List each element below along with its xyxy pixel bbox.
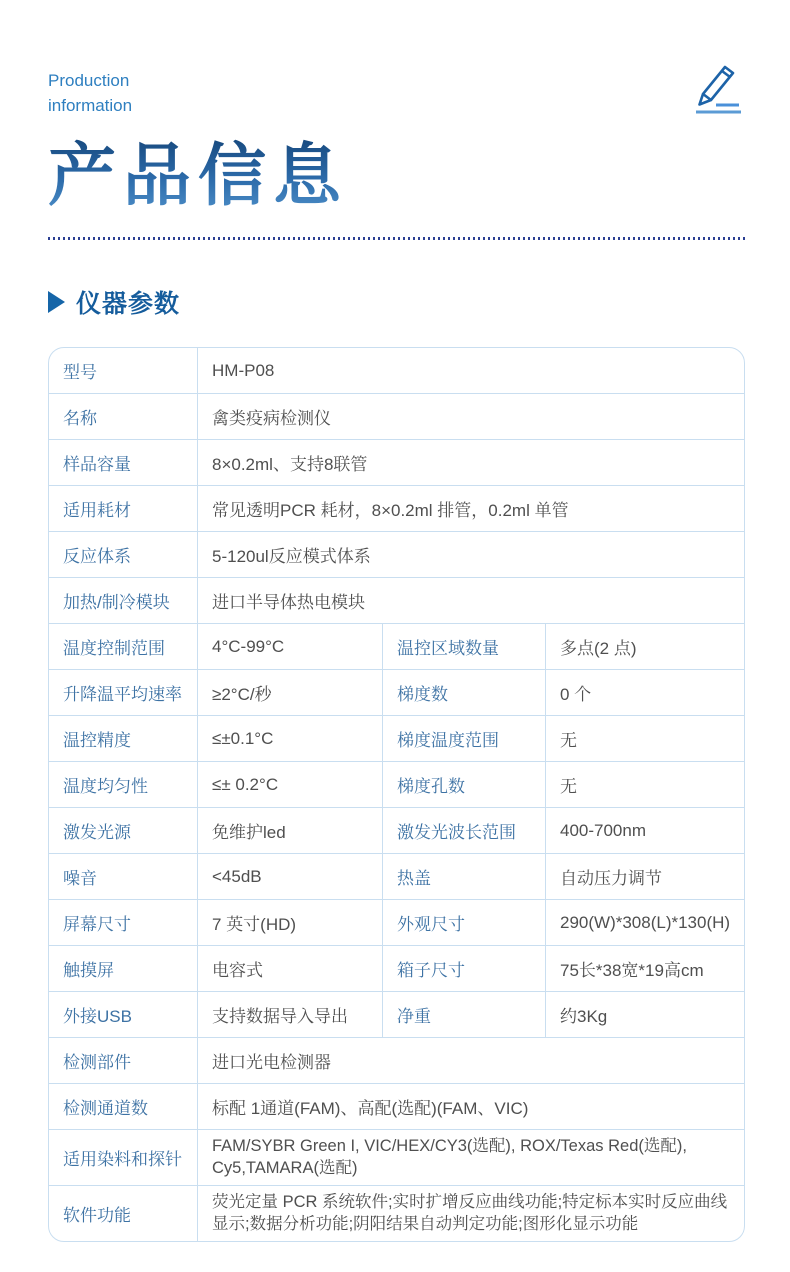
spec-label-cell: 反应体系 <box>49 532 197 577</box>
spec-value-cell: 75长*38宽*19高cm <box>545 946 744 991</box>
table-row: 加热/制冷模块进口半导体热电模块 <box>49 577 744 623</box>
eyebrow-text: Production information <box>48 68 132 118</box>
spec-value-cell: 400-700nm <box>545 808 744 853</box>
spec-label-cell: 检测通道数 <box>49 1084 197 1129</box>
spec-value-cell: 常见透明PCR 耗材，8×0.2ml 排管，0.2ml 单管 <box>197 486 744 531</box>
spec-value-cell: 进口半导体热电模块 <box>197 578 744 623</box>
spec-value-cell: 电容式 <box>197 946 382 991</box>
spec-value-cell: 无 <box>545 716 744 761</box>
table-row: 检测部件进口光电检测器 <box>49 1037 744 1083</box>
table-row: 温度控制范围4°C-99°C温控区域数量多点(2 点) <box>49 623 744 669</box>
spec-label-cell: 温度控制范围 <box>49 624 197 669</box>
spec-value-cell: 禽类疫病检测仪 <box>197 394 744 439</box>
spec-label-cell: 梯度温度范围 <box>382 716 545 761</box>
section-heading-label: 仪器参数 <box>76 284 180 320</box>
spec-label-cell: 激发光源 <box>49 808 197 853</box>
spec-label-cell: 屏幕尺寸 <box>49 900 197 945</box>
table-row: 样品容量8×0.2ml、支持8联管 <box>49 439 744 485</box>
spec-label-cell: 梯度数 <box>382 670 545 715</box>
table-row: 软件功能荧光定量 PCR 系统软件;实时扩增反应曲线功能;特定标本实时反应曲线显… <box>49 1185 744 1241</box>
spec-label-cell: 名称 <box>49 394 197 439</box>
page-header: Production information <box>48 68 745 125</box>
table-row: 外接USB支持数据导入导出净重约3Kg <box>49 991 744 1037</box>
spec-value-cell: 无 <box>545 762 744 807</box>
spec-label-cell: 温控精度 <box>49 716 197 761</box>
spec-label-cell: 触摸屏 <box>49 946 197 991</box>
section-heading: 仪器参数 <box>48 284 745 320</box>
table-row: 适用染料和探针FAM/SYBR Green I, VIC/HEX/CY3(选配)… <box>49 1129 744 1185</box>
spec-value-cell: ≤± 0.2°C <box>197 762 382 807</box>
spec-value-cell: 支持数据导入导出 <box>197 992 382 1037</box>
dotted-divider <box>48 237 745 240</box>
spec-value-cell: 约3Kg <box>545 992 744 1037</box>
eyebrow-line-2: information <box>48 93 132 118</box>
spec-label-cell: 检测部件 <box>49 1038 197 1083</box>
table-row: 温度均匀性≤± 0.2°C梯度孔数无 <box>49 761 744 807</box>
spec-label-cell: 加热/制冷模块 <box>49 578 197 623</box>
spec-value-cell: 免维护led <box>197 808 382 853</box>
spec-label-cell: 热盖 <box>382 854 545 899</box>
table-row: 反应体系5-120ul反应模式体系 <box>49 531 744 577</box>
spec-value-cell: 标配 1通道(FAM)、高配(选配)(FAM、VIC) <box>197 1084 744 1129</box>
table-row: 检测通道数标配 1通道(FAM)、高配(选配)(FAM、VIC) <box>49 1083 744 1129</box>
spec-label-cell: 激发光波长范围 <box>382 808 545 853</box>
spec-value-cell: 8×0.2ml、支持8联管 <box>197 440 744 485</box>
page-title: 产品信息 <box>48 137 348 215</box>
spec-label-cell: 净重 <box>382 992 545 1037</box>
spec-value-cell: 多点(2 点) <box>545 624 744 669</box>
triangle-bullet-icon <box>48 291 65 313</box>
spec-label-cell: 适用耗材 <box>49 486 197 531</box>
table-row: 型号HM-P08 <box>49 348 744 393</box>
spec-value-cell: 荧光定量 PCR 系统软件;实时扩增反应曲线功能;特定标本实时反应曲线显示;数据… <box>197 1186 744 1241</box>
table-row: 屏幕尺寸7 英寸(HD)外观尺寸290(W)*308(L)*130(H) <box>49 899 744 945</box>
table-row: 适用耗材常见透明PCR 耗材，8×0.2ml 排管，0.2ml 单管 <box>49 485 744 531</box>
table-row: 名称禽类疫病检测仪 <box>49 393 744 439</box>
spec-value-cell: ≥2°C/秒 <box>197 670 382 715</box>
table-row: 噪音<45dB热盖自动压力调节 <box>49 853 744 899</box>
spec-label-cell: 升降温平均速率 <box>49 670 197 715</box>
spec-value-cell: 4°C-99°C <box>197 624 382 669</box>
eyebrow-line-1: Production <box>48 68 132 93</box>
spec-label-cell: 样品容量 <box>49 440 197 485</box>
table-row: 升降温平均速率≥2°C/秒梯度数0 个 <box>49 669 744 715</box>
spec-value-cell: ≤±0.1°C <box>197 716 382 761</box>
page: Production information 产品信息 仪器参数 型号HM-P0… <box>0 0 790 1272</box>
spec-label-cell: 噪音 <box>49 854 197 899</box>
spec-value-cell: 7 英寸(HD) <box>197 900 382 945</box>
spec-value-cell: 自动压力调节 <box>545 854 744 899</box>
spec-label-cell: 温控区域数量 <box>382 624 545 669</box>
spec-value-cell: <45dB <box>197 854 382 899</box>
spec-label-cell: 箱子尺寸 <box>382 946 545 991</box>
spec-value-cell: 290(W)*308(L)*130(H) <box>545 900 744 945</box>
spec-label-cell: 软件功能 <box>49 1186 197 1241</box>
spec-label-cell: 外观尺寸 <box>382 900 545 945</box>
spec-label-cell: 外接USB <box>49 992 197 1037</box>
spec-value-cell: 0 个 <box>545 670 744 715</box>
spec-label-cell: 梯度孔数 <box>382 762 545 807</box>
spec-value-cell: 5-120ul反应模式体系 <box>197 532 744 577</box>
spec-value-cell: 进口光电检测器 <box>197 1038 744 1083</box>
spec-label-cell: 温度均匀性 <box>49 762 197 807</box>
table-row: 温控精度≤±0.1°C梯度温度范围无 <box>49 715 744 761</box>
table-row: 触摸屏电容式箱子尺寸75长*38宽*19高cm <box>49 945 744 991</box>
spec-label-cell: 适用染料和探针 <box>49 1130 197 1185</box>
spec-value-cell: HM-P08 <box>197 348 744 393</box>
spec-label-cell: 型号 <box>49 348 197 393</box>
table-row: 激发光源免维护led激发光波长范围400-700nm <box>49 807 744 853</box>
spec-value-cell: FAM/SYBR Green I, VIC/HEX/CY3(选配), ROX/T… <box>197 1130 744 1185</box>
spec-table: 型号HM-P08名称禽类疫病检测仪样品容量8×0.2ml、支持8联管适用耗材常见… <box>48 347 745 1242</box>
pencil-icon <box>689 62 743 125</box>
